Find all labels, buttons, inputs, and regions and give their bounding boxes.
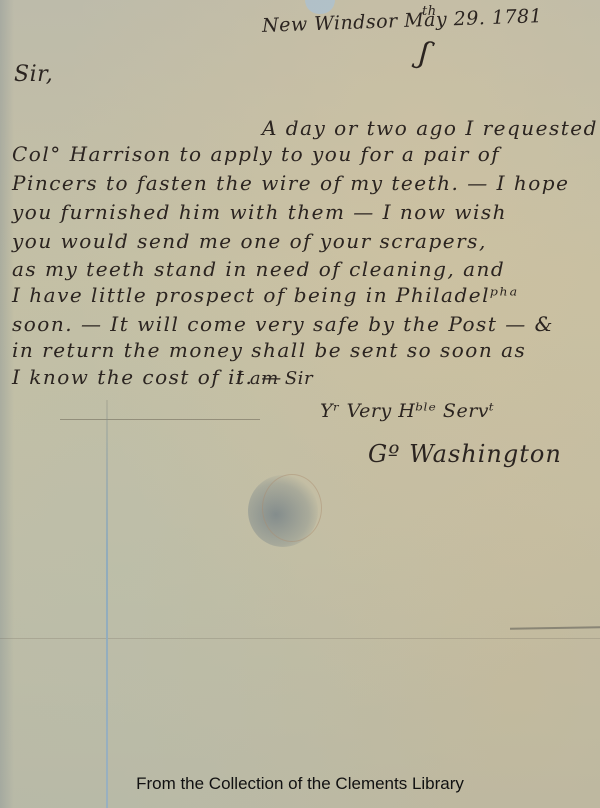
signature: Gº Washington <box>368 440 562 468</box>
body-line: Pincers to fasten the wire of my teeth. … <box>12 171 569 195</box>
fold-line-horizontal-lower <box>0 638 600 639</box>
body-line: I have little prospect of being in Phila… <box>12 283 519 307</box>
fold-line-vertical <box>106 400 108 808</box>
collection-caption: From the Collection of the Clements Libr… <box>0 774 600 794</box>
body-line: in return the money shall be sent so soo… <box>12 338 526 362</box>
closing-line: I am Sir <box>236 368 313 389</box>
body-line: you furnished him with them — I now wish <box>12 200 507 224</box>
body-line: Col° Harrison to apply to you for a pair… <box>12 142 500 166</box>
closing-line: Yʳ Very Hᵇˡᵉ Servᵗ <box>320 400 494 422</box>
body-line: A day or two ago I requested <box>262 116 598 140</box>
letter-scan: New Windsor May 29. 1781 th ʃ Sir, A day… <box>0 0 600 808</box>
body-line: as my teeth stand in need of cleaning, a… <box>12 257 505 281</box>
body-line: soon. — It will come very safe by the Po… <box>12 312 554 336</box>
body-line: you would send me one of your scrapers, <box>12 229 487 253</box>
salutation: Sir, <box>14 62 53 87</box>
date-superscript: th <box>422 4 437 19</box>
date-flourish: ʃ <box>416 35 432 71</box>
fold-line-horizontal <box>60 419 260 420</box>
fold-crease-right <box>510 626 600 630</box>
dateline: New Windsor May 29. 1781 <box>262 5 543 37</box>
paper-left-edge <box>0 0 14 808</box>
wax-seal-ring <box>262 474 322 542</box>
